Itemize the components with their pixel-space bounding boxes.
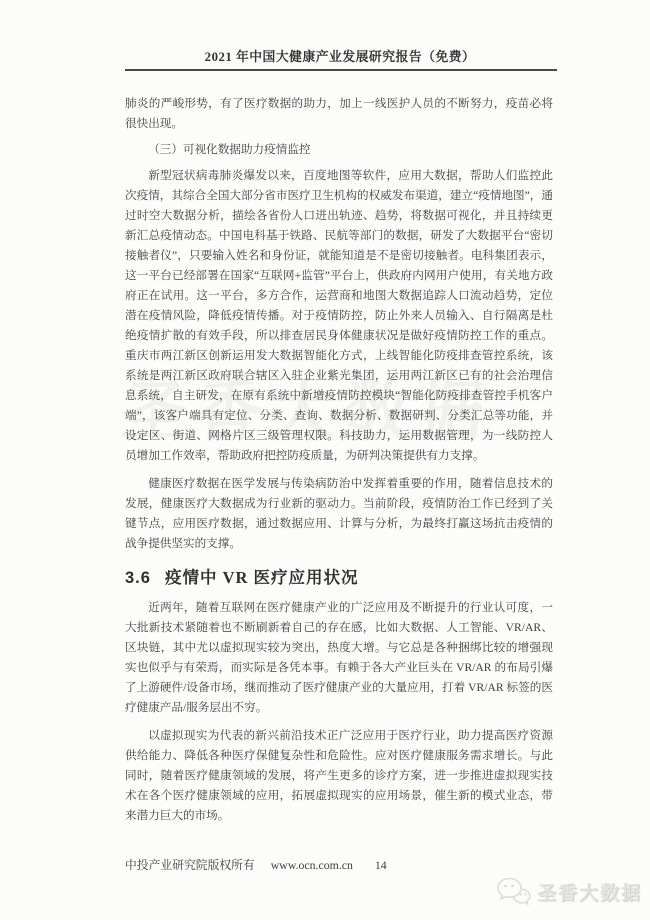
paragraph-continuation: 肺炎的严峻形势，有了医疗数据的助力，加上一线医护人员的不断努力，疫苗必将很快出现… [125,94,553,134]
document-page: 2021 年中国大健康产业发展研究报告（免费） 圣香大数据 肺炎的严峻形势，有了… [0,0,650,920]
report-title: 2021 年中国大健康产业发展研究报告（免费） [125,46,555,65]
section-title: 疫情中 VR 医疗应用状况 [165,568,359,587]
paragraph-epidemic-monitoring: 新型冠状病毒肺炎爆发以来，百度地图等软件，应用大数据，帮助人们监控此次疫情，其综… [125,166,553,466]
section-number: 3.6 [125,569,151,587]
section-heading-3-6: 3.6疫情中 VR 医疗应用状况 [125,568,553,588]
document-body: 肺炎的严峻形势，有了医疗数据的助力，加上一线医护人员的不断努力，疫苗必将很快出现… [125,94,553,832]
brand-watermark-label: 圣香大数据 [537,878,642,905]
wechat-icon [496,876,532,906]
footer-website: www.ocn.com.cn [271,858,353,872]
page-number: 14 [375,858,387,872]
paragraph-health-data-role: 健康医疗数据在医学发展与传染病防治中发挥着重要的作用，随着信息技术的发展，健康医… [125,474,553,554]
page-footer: 中投产业研究院版权所有www.ocn.com.cn14 [125,856,387,873]
paragraph-vr-outlook: 以虚拟现实为代表的新兴前沿技术正广泛应用于医疗行业，助力提高医疗资源供给能力、降… [125,726,553,826]
paragraph-vr-overview: 近两年，随着互联网在医疗健康产业的广泛应用及不断提升的行业认可度，一大批新技术紧… [125,598,553,718]
subsection-heading-visualization: （三）可视化数据助力疫情监控 [125,140,553,160]
footer-copyright: 中投产业研究院版权所有 [125,858,255,872]
brand-watermark: 圣香大数据 [496,876,642,906]
header-divider [125,69,557,71]
